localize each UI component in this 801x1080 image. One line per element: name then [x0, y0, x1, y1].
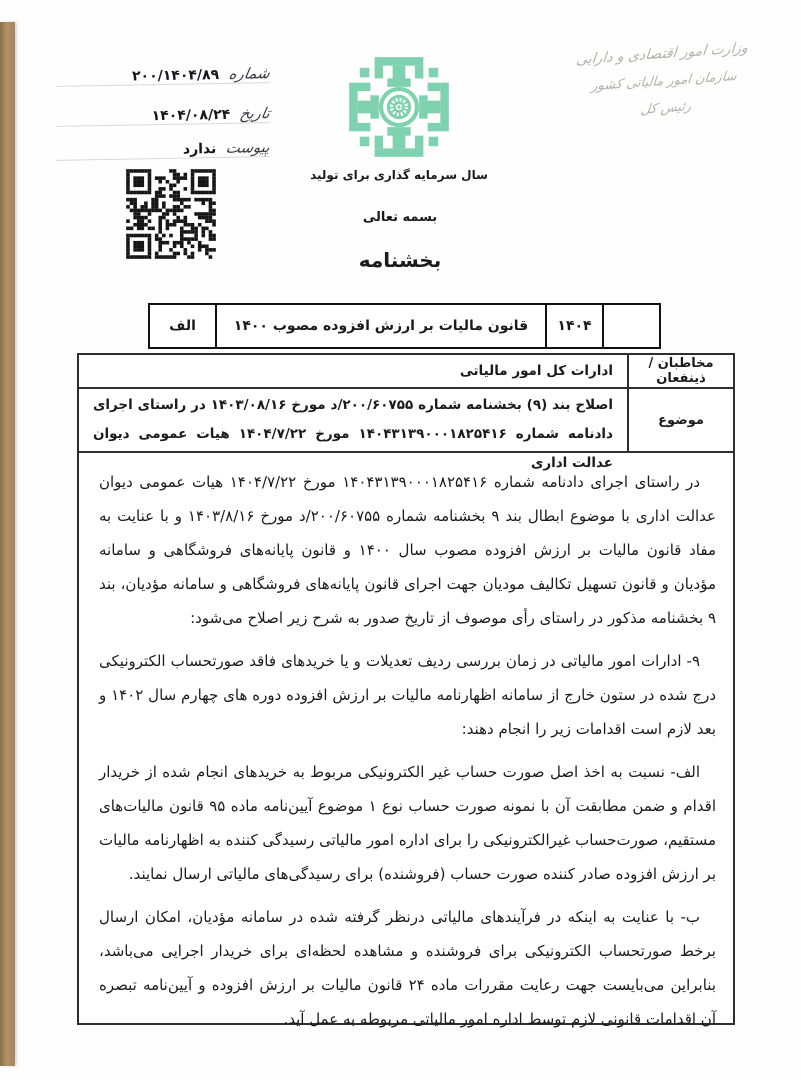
attachment-label: پیوست [225, 138, 272, 157]
body-paragraph-item-be: ب- با عنایت به اینکه در فرآیندهای مالیات… [99, 900, 716, 1036]
subject-row: موضوع اصلاح بند (۹) بخشنامه شماره ۲۰۰/۶۰… [79, 389, 733, 453]
classification-table: ۱۴۰۴ قانون مالیات بر ارزش افزوده مصوب ۱۴… [148, 303, 661, 349]
audience-row: مخاطبان / ذینفعان ادارات کل امور مالیاتی [79, 355, 733, 389]
ministry-line-2: سازمان امور مالیاتی کشور [539, 65, 790, 98]
body-paragraph-intro: در راستای اجرای دادنامه شماره ۱۴۰۴۳۱۳۹۰۰… [99, 465, 716, 635]
classification-law-cell: قانون مالیات بر ارزش افزوده مصوب ۱۴۰۰ [215, 305, 545, 347]
circular-document-scan: شماره ۲۰۰/۱۴۰۴/۸۹ تاریخ ۱۴۰۴/۰۸/۲۴ پیوست… [0, 0, 801, 1080]
ministry-letterhead: وزارت امور اقتصادی و دارایی سازمان امور … [537, 37, 791, 124]
subject-value-cell: اصلاح بند (۹) بخشنامه شماره ۲۰۰/۶۰۷۵۵/د … [79, 389, 627, 451]
document-type-title: بخشنامه [300, 248, 500, 272]
bismillah-heading: بسمه تعالی [300, 210, 500, 225]
field-row-number: شماره ۲۰۰/۱۴۰۴/۸۹ [56, 54, 270, 87]
number-value: ۲۰۰/۱۴۰۴/۸۹ [132, 67, 219, 85]
qr-code [119, 162, 223, 266]
qr-code-svg [119, 162, 223, 266]
emblem-svg [346, 52, 452, 162]
date-label: تاریخ [238, 104, 271, 123]
body-paragraph-item-alef: الف- نسبت به اخذ اصل صورت حساب غیر الکتر… [99, 755, 716, 891]
body-paragraph-clause-9: ۹- ادارات امور مالیاتی در زمان بررسی ردی… [99, 644, 716, 746]
tax-administration-emblem-icon [346, 52, 452, 162]
ministry-line-1: وزارت امور اقتصادی و دارایی [537, 37, 788, 71]
field-row-date: تاریخ ۱۴۰۴/۰۸/۲۴ [56, 94, 270, 127]
circular-body-text: در راستای اجرای دادنامه شماره ۱۴۰۴۳۱۳۹۰۰… [79, 453, 733, 1045]
year-slogan: سال سرمایه گذاری برای تولید [258, 168, 540, 182]
date-value: ۱۴۰۴/۰۸/۲۴ [152, 107, 231, 124]
classification-empty-cell [602, 305, 659, 347]
number-label: شماره [227, 64, 271, 83]
subject-header-cell: موضوع [627, 389, 733, 451]
ministry-line-3: رئیس کل [540, 92, 791, 125]
scan-page-edge [0, 22, 15, 1066]
attachment-value: ندارد [183, 141, 217, 158]
classification-letter-cell: الف [150, 305, 215, 347]
audience-header-cell: مخاطبان / ذینفعان [627, 355, 733, 387]
field-row-attachment: پیوست ندارد [56, 128, 270, 161]
audience-value-cell: ادارات کل امور مالیاتی [79, 355, 627, 387]
classification-year-cell: ۱۴۰۴ [545, 305, 602, 347]
circular-content-frame: مخاطبان / ذینفعان ادارات کل امور مالیاتی… [77, 353, 735, 1025]
